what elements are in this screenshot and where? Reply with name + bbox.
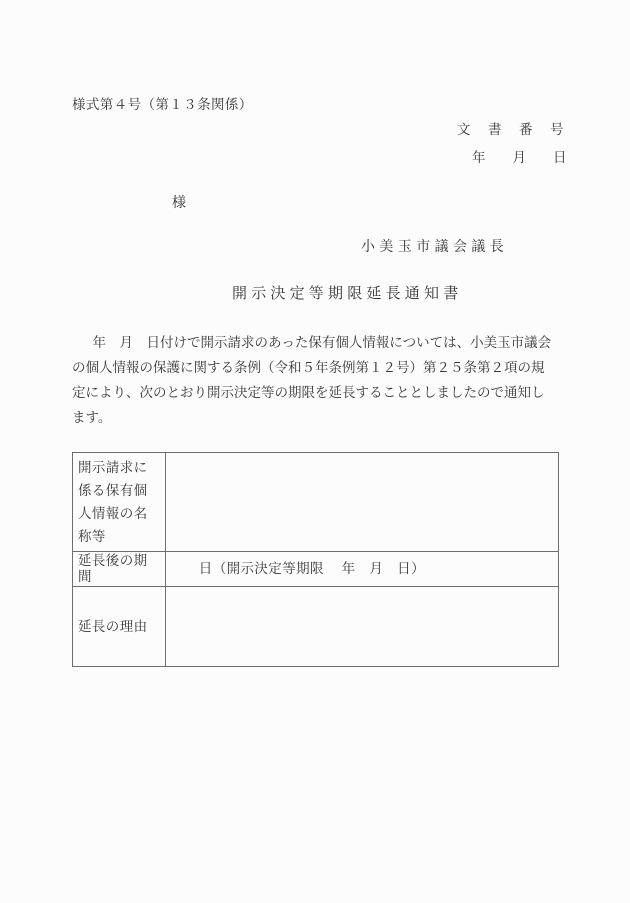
document-number-label: 文 書 番 号 — [457, 122, 566, 137]
date-line: 年 月 日 — [472, 150, 567, 165]
addressee-honorific: 様 — [172, 196, 186, 212]
row-value-period: 日（開示決定等期限 年 月 日） — [166, 552, 559, 587]
sender-name: 小美玉市議会議長 — [361, 240, 508, 256]
table-row-period: 延長後の期間 日（開示決定等期限 年 月 日） — [73, 552, 559, 587]
document-page: 様式第４号（第１３条関係） 文 書 番 号 年 月 日 様 小美玉市議会議長 開… — [0, 0, 630, 903]
body-paragraph: 年 月 日付けで開示請求のあった保有個人情報については、小美玉市議会 の個人情報… — [72, 330, 560, 430]
table-row-name: 開示請求に係る保有個人情報の名称等 — [73, 453, 559, 552]
row-label-name: 開示請求に係る保有個人情報の名称等 — [73, 453, 166, 552]
row-value-reason — [166, 587, 559, 667]
row-value-name — [166, 453, 559, 552]
document-title: 開示決定等期限延長通知書 — [232, 286, 462, 303]
table-row-reason: 延長の理由 — [73, 587, 559, 667]
row-label-period: 延長後の期間 — [73, 552, 166, 587]
row-label-reason: 延長の理由 — [73, 587, 166, 667]
info-table: 開示請求に係る保有個人情報の名称等 延長後の期間 日（開示決定等期限 年 月 日… — [72, 452, 559, 667]
form-number: 様式第４号（第１３条関係） — [72, 97, 253, 112]
